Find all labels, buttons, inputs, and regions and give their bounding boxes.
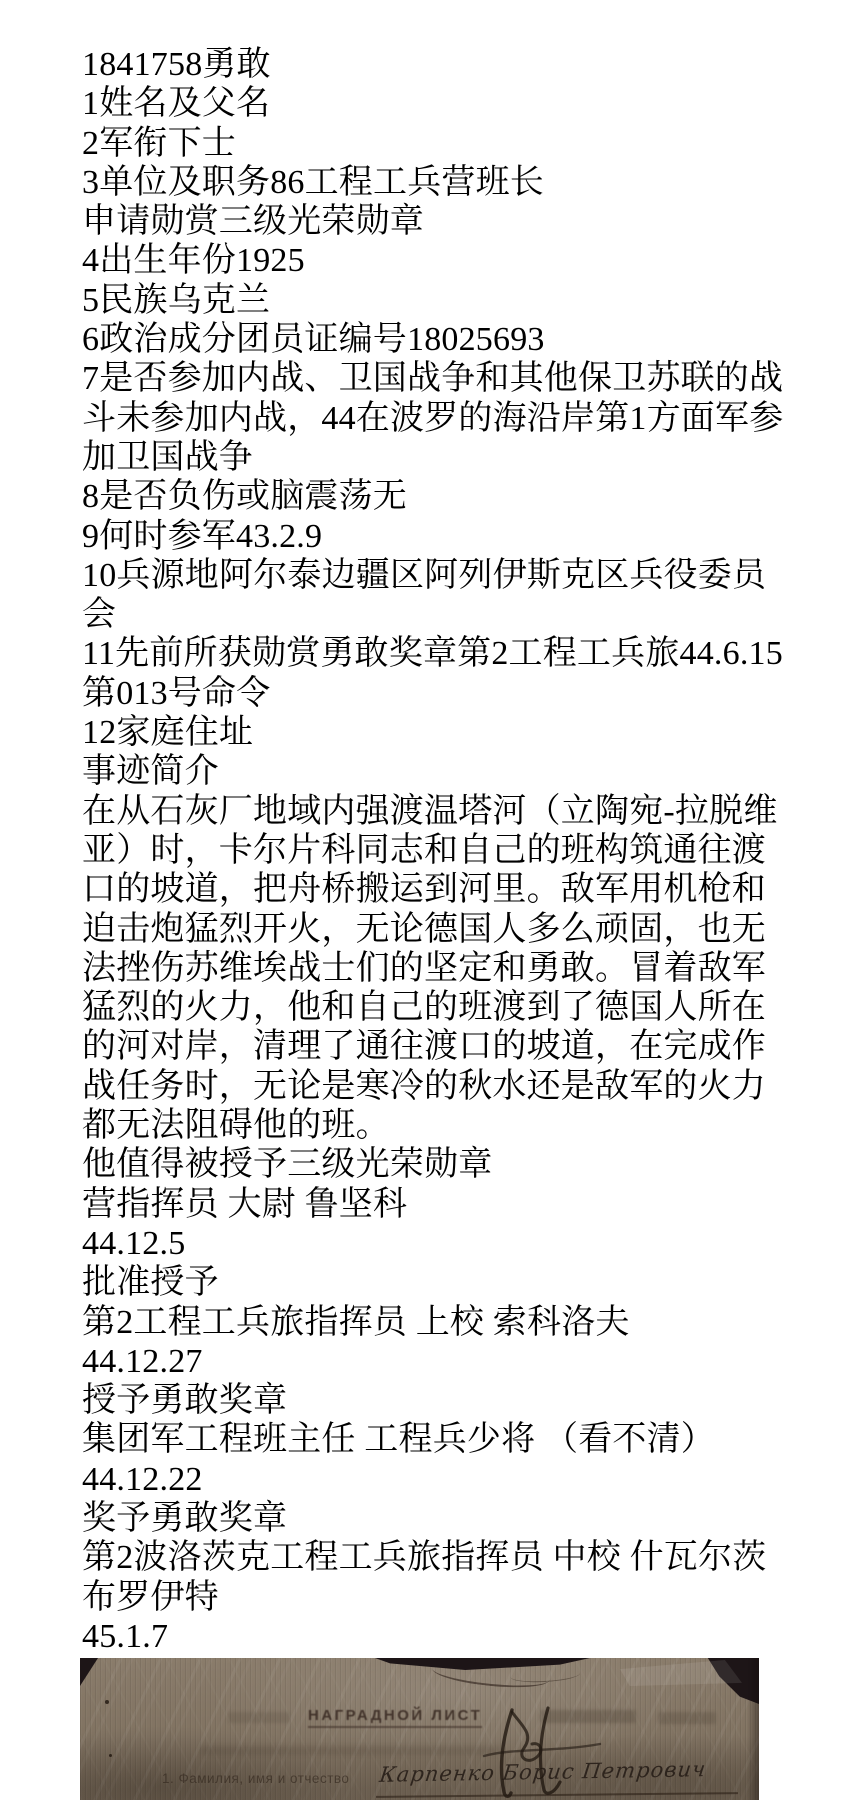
text-line: 6政治成分团员证编号18025693: [82, 320, 792, 359]
text-line: 集团军工程班主任 工程兵少将 （看不清）: [82, 1420, 792, 1459]
signature-scribble: [478, 1706, 606, 1800]
text-line: 2军衔下士: [82, 124, 792, 163]
scan-background-corner-left: [80, 1658, 98, 1686]
text-line: 布罗伊特: [82, 1578, 792, 1617]
text-line: 4出生年份1925: [82, 241, 792, 280]
text-line: 授予勇敢奖章: [82, 1381, 792, 1420]
text-line: 1841758勇敢: [82, 45, 792, 84]
text-line: 12家庭住址: [82, 713, 792, 752]
text-line: 45.1.7: [82, 1617, 792, 1656]
faded-stamp-mark: [658, 1712, 716, 1724]
text-line: 营指挥员 大尉 鲁坚科: [82, 1185, 792, 1224]
form-field-label: 1. Фамилия, имя и отчество: [162, 1771, 349, 1786]
text-line: 7是否参加内战、卫国战争和其他保卫苏联的战: [82, 359, 792, 398]
text-line: 9何时参军43.2.9: [82, 517, 792, 556]
text-line: 的河对岸，清理了通往渡口的坡道，在完成作: [82, 1027, 792, 1066]
text-line: 迫击炮猛烈开火，无论德国人多么顽固，也无: [82, 910, 792, 949]
text-line: 斗未参加内战，44在波罗的海沿岸第1方面军参: [82, 399, 792, 438]
text-line: 亚）时，卡尔片科同志和自己的班构筑通往渡: [82, 831, 792, 870]
paper-speck: [105, 1700, 109, 1704]
text-line: 法挫伤苏维埃战士们的坚定和勇敢。冒着敌军: [82, 949, 792, 988]
text-line: 第2工程工兵旅指挥员 上校 索科洛夫: [82, 1303, 792, 1342]
faded-stamp-mark: [228, 1712, 290, 1723]
document-title-stamp: НАГРАДНОЙ ЛИСТ: [308, 1707, 482, 1728]
text-line: 批准授予: [82, 1263, 792, 1302]
text-line: 都无法阻碍他的班。: [82, 1106, 792, 1145]
text-line: 8是否负伤或脑震荡无: [82, 477, 792, 516]
translation-text: 1841758勇敢1姓名及父名2军衔下士3单位及职务86工程工兵营班长申请勋赏三…: [82, 45, 792, 1656]
text-line: 44.12.27: [82, 1342, 792, 1381]
text-line: 第013号命令: [82, 674, 792, 713]
text-line: 在从石灰厂地域内强渡温塔河（立陶宛-拉脱维: [82, 792, 792, 831]
text-line: 11先前所获勋赏勇敢奖章第2工程工兵旅44.6.15: [82, 634, 792, 673]
text-line: 3单位及职务86工程工兵营班长: [82, 163, 792, 202]
text-line: 他值得被授予三级光荣勋章: [82, 1145, 792, 1184]
paper-edge-shadow: [747, 1658, 759, 1800]
text-line: 44.12.22: [82, 1460, 792, 1499]
text-line: 10兵源地阿尔泰边疆区阿列伊斯克区兵役委员: [82, 556, 792, 595]
text-line: 猛烈的火力，他和自己的班渡到了德国人所在: [82, 988, 792, 1027]
text-line: 会: [82, 595, 792, 634]
paper-speck: [109, 1754, 112, 1757]
text-line: 奖予勇敢奖章: [82, 1499, 792, 1538]
text-line: 事迹简介: [82, 752, 792, 791]
text-line: 1姓名及父名: [82, 84, 792, 123]
text-line: 5民族乌克兰: [82, 281, 792, 320]
text-line: 战任务时，无论是寒冷的秋水还是敌军的火力: [82, 1067, 792, 1106]
text-line: 申请勋赏三级光荣勋章: [82, 202, 792, 241]
paper-fold: [620, 1660, 742, 1686]
faded-print-smudge: [200, 1746, 500, 1755]
text-line: 44.12.5: [82, 1224, 792, 1263]
text-line: 第2波洛茨克工程工兵旅指挥员 中校 什瓦尔茨: [82, 1538, 792, 1577]
scanned-document-photo: НАГРАДНОЙ ЛИСТ 1. Фамилия, имя и отчеств…: [80, 1658, 759, 1800]
text-line: 口的坡道，把舟桥搬运到河里。敌军用机枪和: [82, 870, 792, 909]
text-line: 加卫国战争: [82, 438, 792, 477]
